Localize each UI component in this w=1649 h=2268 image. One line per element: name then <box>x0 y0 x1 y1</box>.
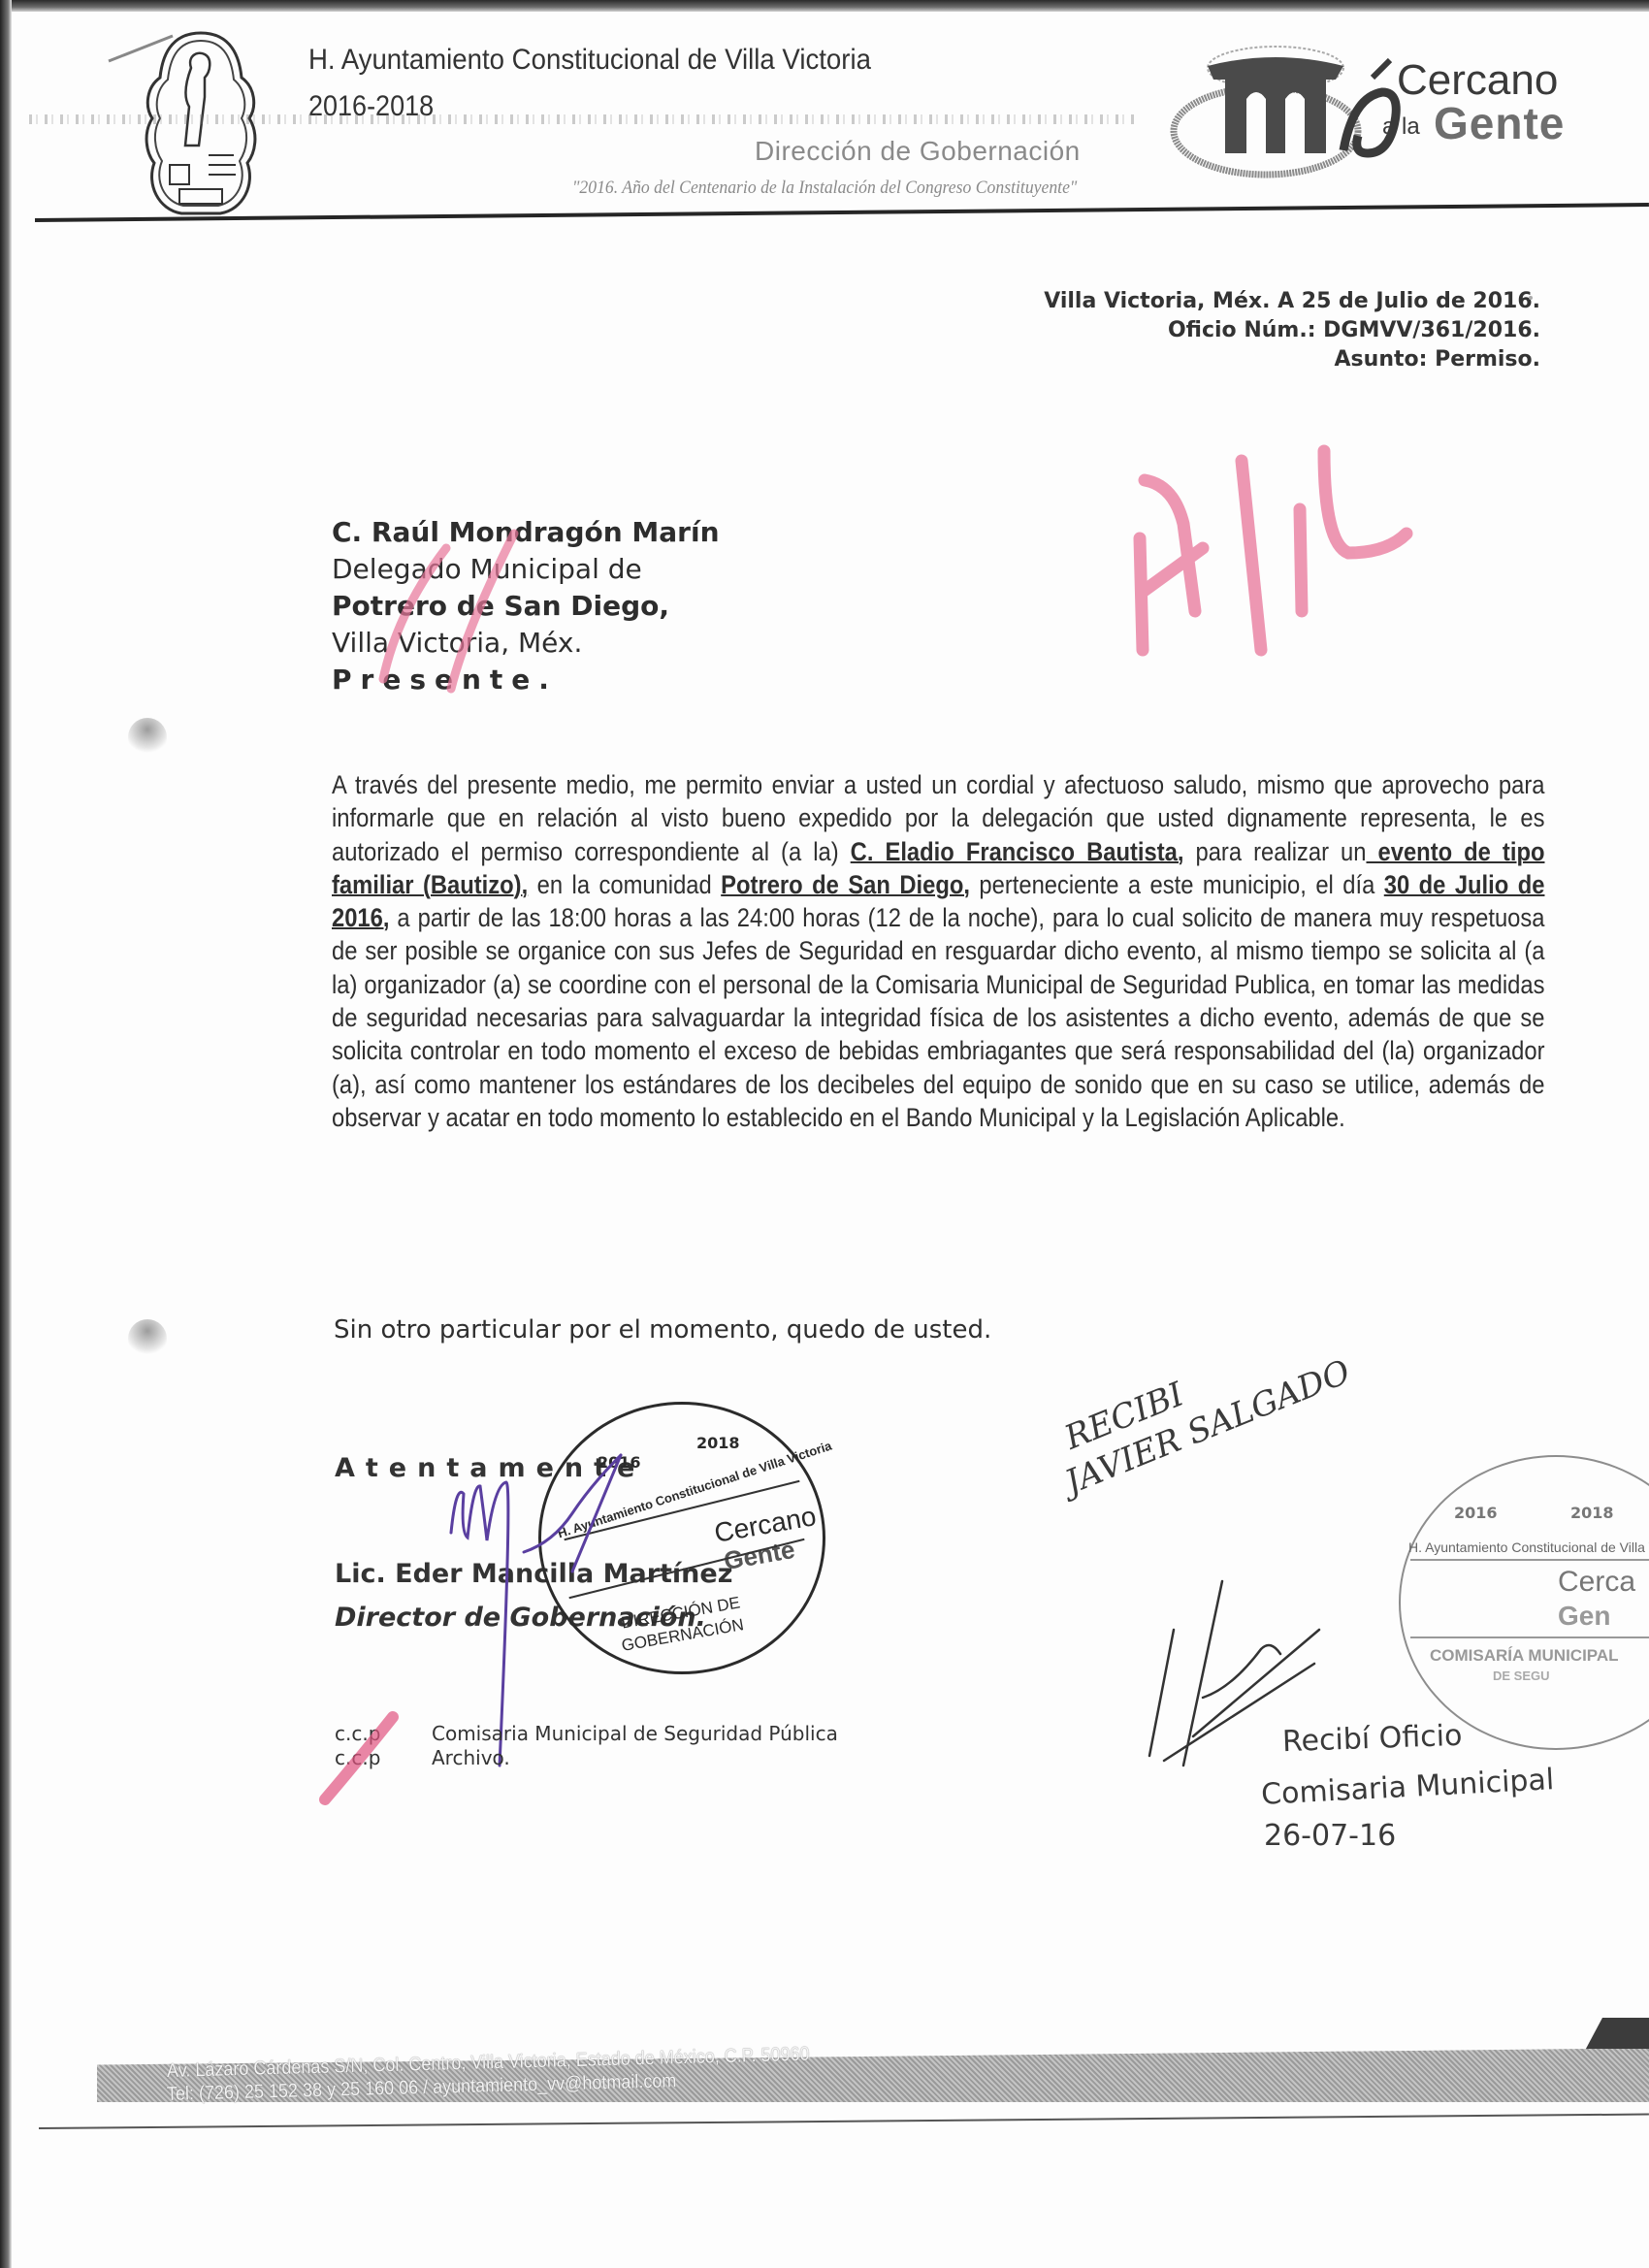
scan-noise <box>29 114 1135 124</box>
received-note-line1: Recibí Oficio <box>1281 1719 1462 1759</box>
pink-mark-annotation <box>310 1712 407 1809</box>
cc-item: c.c.pComisaria Municipal de Seguridad Pú… <box>335 1722 838 1746</box>
punch-hole <box>128 1319 167 1358</box>
scan-edge-top <box>0 0 1649 12</box>
year-motto: "2016. Año del Centenario de la Instalac… <box>572 178 1077 199</box>
requester-name: C. Eladio Francisco Bautista, <box>851 837 1184 866</box>
body-paragraph: A través del presente medio, me permito … <box>332 768 1544 1134</box>
place-date: Villa Victoria, Méx. A 25 de Julio de 20… <box>1044 287 1540 316</box>
pink-initials-annotation <box>1115 446 1406 679</box>
pink-check-annotation <box>359 524 524 689</box>
document-metadata: Villa Victoria, Méx. A 25 de Julio de 20… <box>1044 287 1540 374</box>
carbon-copy-list: c.c.pComisaria Municipal de Seguridad Pú… <box>335 1722 838 1770</box>
received-note-date: 26-07-16 <box>1264 1819 1396 1853</box>
official-stamp-comisaria: 2016 2018 H. Ayuntamiento Constitucional… <box>1399 1455 1649 1750</box>
scan-dot <box>1529 296 1533 300</box>
subject: Asunto: Permiso. <box>1044 345 1540 374</box>
institution-name: H. Ayuntamiento Constitucional de Villa … <box>308 44 871 77</box>
oficio-number: Oficio Núm.: DGMVV/361/2016. <box>1044 316 1540 345</box>
footer-divider <box>39 2114 1649 2129</box>
cc-item: c.c.pArchivo. <box>335 1746 838 1770</box>
department-name: Dirección de Gobernación <box>755 136 1081 167</box>
brand-gente: Gente <box>1434 97 1565 149</box>
event-community: Potrero de San Diego, <box>721 870 970 899</box>
punch-hole <box>128 718 167 757</box>
closing-line: Sin otro particular por el momento, qued… <box>334 1315 991 1345</box>
received-note-line2: Comisaria Municipal <box>1260 1763 1555 1812</box>
brand-a-la: a la <box>1382 113 1420 141</box>
scan-edge-left <box>0 0 12 2268</box>
header-divider <box>35 203 1649 222</box>
paperclip-mark-icon <box>107 34 175 63</box>
